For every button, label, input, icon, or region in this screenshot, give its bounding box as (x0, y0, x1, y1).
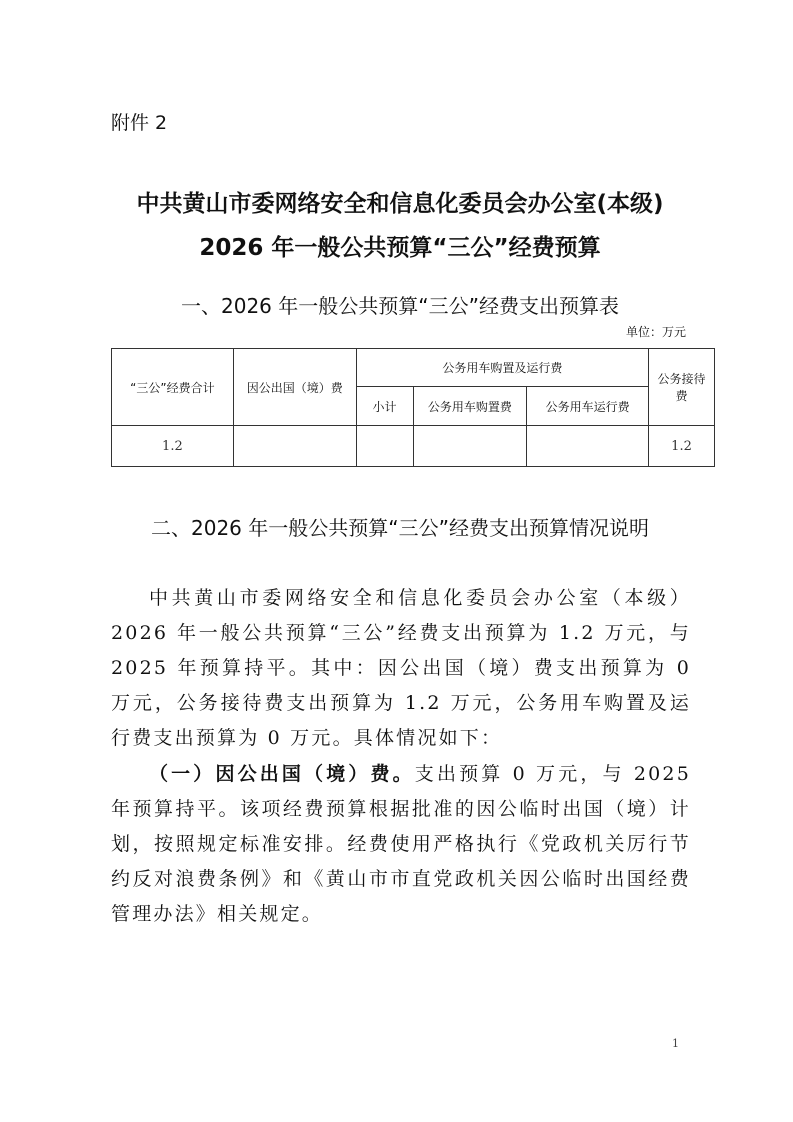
table-row: 1.2 1.2 (112, 426, 715, 467)
document-title-line1: 中共黄山市委网络安全和信息化委员会办公室(本级) (100, 185, 700, 218)
section1-heading: 一、2026 年一般公共预算“三公”经费支出预算表 (100, 290, 700, 319)
item1-title: （一）因公出国（境）费。 (149, 763, 415, 785)
section2-item1: （一）因公出国（境）费。支出预算 0 万元，与 2025 年预算持平。该项经费预… (111, 757, 691, 932)
item1-body: 支出预算 0 万元，与 2025 年预算持平。该项经费预算根据批准的因公临时出国… (111, 763, 691, 925)
cell-vehicle-operation (527, 426, 649, 467)
header-total: “三公”经费合计 (112, 349, 234, 426)
header-overseas: 因公出国（境）费 (233, 349, 356, 426)
header-vehicle-group: 公务用车购置及运行费 (356, 349, 648, 387)
header-reception-label: 公务接待费 (658, 372, 706, 403)
cell-vehicle-purchase (413, 426, 527, 467)
table-header-row: “三公”经费合计 因公出国（境）费 公务用车购置及运行费 公务接待费 (112, 349, 715, 387)
budget-table: “三公”经费合计 因公出国（境）费 公务用车购置及运行费 公务接待费 小计 公务… (111, 348, 715, 467)
cell-vehicle-subtotal (356, 426, 413, 467)
section2-heading: 二、2026 年一般公共预算“三公”经费支出预算情况说明 (111, 511, 691, 546)
page-number: 1 (672, 1037, 679, 1050)
unit-label: 单位：万元 (626, 323, 686, 340)
cell-reception: 1.2 (649, 426, 715, 467)
attachment-label: 附件 2 (111, 108, 167, 135)
cell-total: 1.2 (112, 426, 234, 467)
header-reception: 公务接待费 (649, 349, 715, 426)
document-title-line2: 2026 年一般公共预算“三公”经费预算 (100, 229, 700, 262)
cell-overseas (233, 426, 356, 467)
section2-paragraph1: 中共黄山市委网络安全和信息化委员会办公室（本级）2026 年一般公共预算“三公”… (111, 581, 691, 756)
header-vehicle-subtotal: 小计 (356, 387, 413, 426)
header-vehicle-purchase: 公务用车购置费 (413, 387, 527, 426)
header-vehicle-operation: 公务用车运行费 (527, 387, 649, 426)
